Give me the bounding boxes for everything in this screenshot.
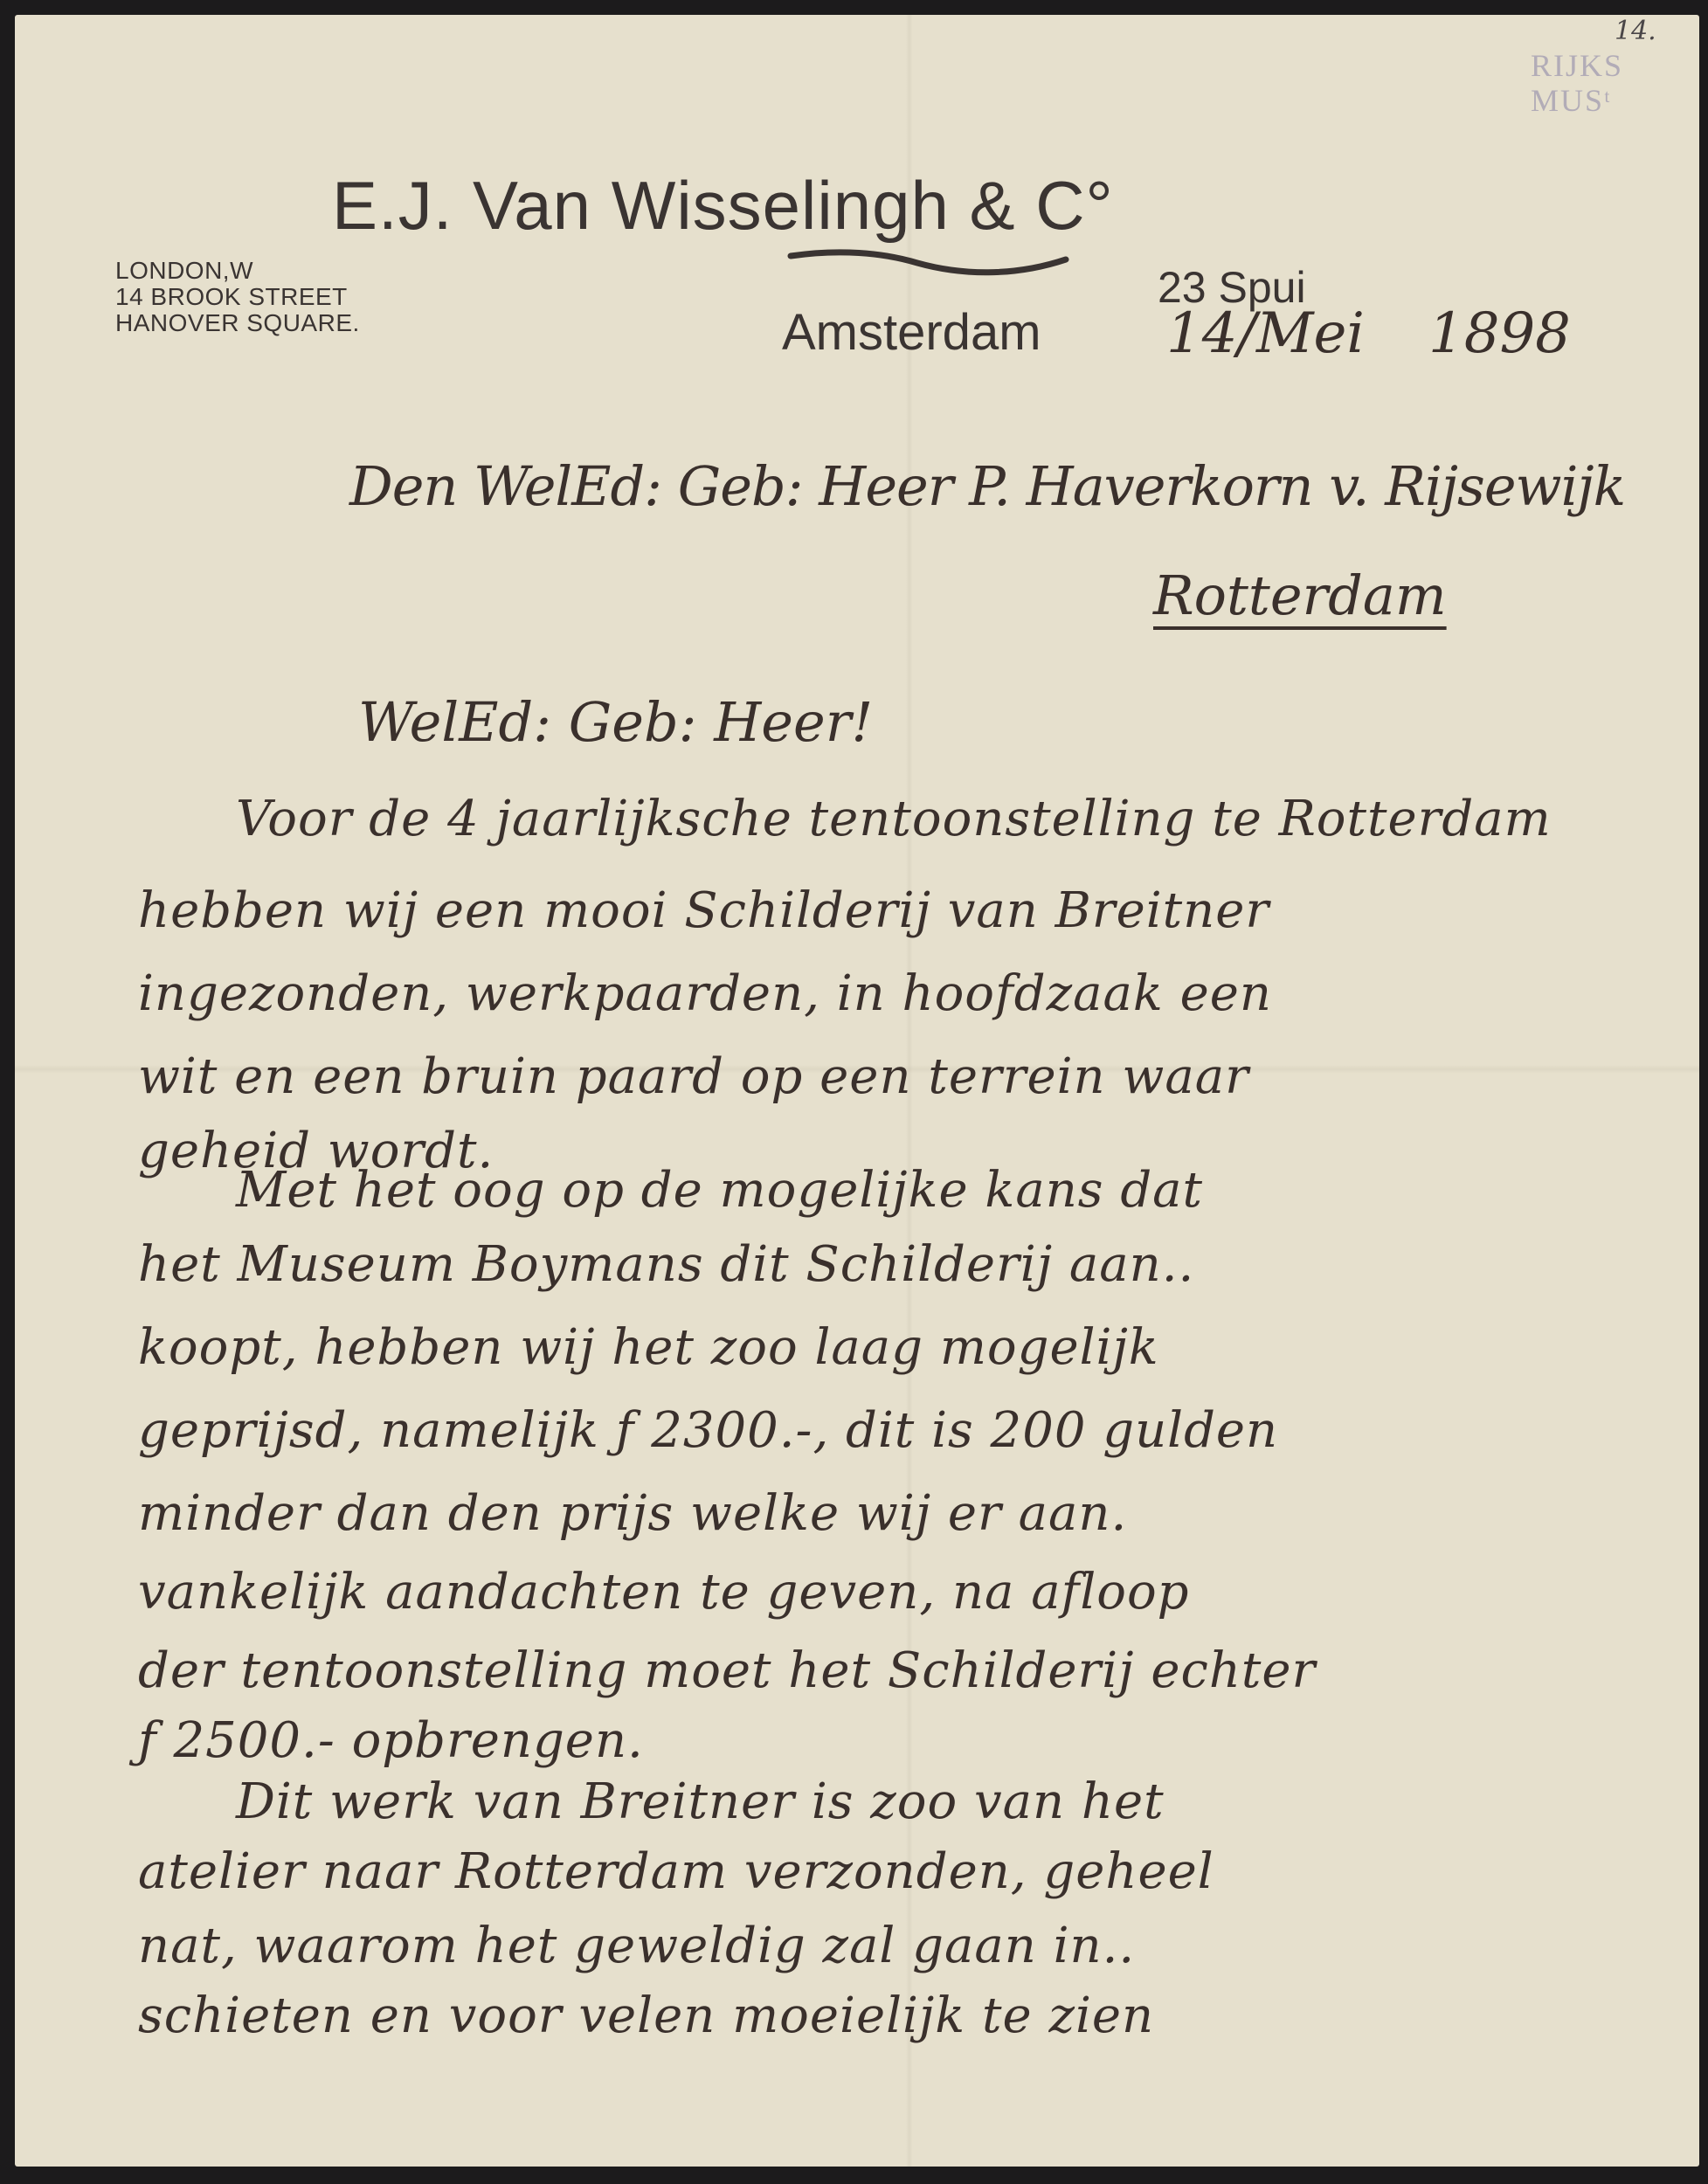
- body-line: Dit werk van Breitner is zoo van het: [236, 1773, 1165, 1830]
- letterhead-london-address: LONDON,W 14 BROOK STREET HANOVER SQUARE.: [115, 258, 360, 336]
- body-line: hebben wij een mooi Schilderij van Breit…: [138, 882, 1269, 939]
- letterhead-city: Amsterdam: [782, 303, 1041, 362]
- stamp-line: RIJKS: [1531, 48, 1623, 83]
- body-line: wit en een bruin paard op een terrein wa…: [138, 1048, 1249, 1105]
- body-line: vankelijk aandachten te geven, na afloop: [138, 1564, 1190, 1621]
- body-line: minder dan den prijs welke wij er aan.: [138, 1485, 1127, 1542]
- stamp-line: MUSᵗ: [1531, 83, 1623, 118]
- body-line: het Museum Boymans dit Schilderij aan..: [138, 1236, 1194, 1293]
- letter-date-day-month: 14/Mei: [1166, 301, 1365, 366]
- body-line: Voor de 4 jaarlijksche tentoonstelling t…: [236, 791, 1552, 847]
- london-address-line: LONDON,W: [115, 258, 360, 284]
- museum-stamp: RIJKS MUSᵗ: [1531, 48, 1623, 118]
- london-address-line: 14 BROOK STREET: [115, 284, 360, 310]
- archive-page-number: 14.: [1615, 16, 1656, 46]
- body-line: atelier naar Rotterdam verzonden, geheel: [138, 1843, 1214, 1900]
- body-line: der tentoonstelling moet het Schilderij …: [138, 1642, 1316, 1699]
- salutation: WelEd: Geb: Heer!: [358, 690, 873, 754]
- body-line: schieten en voor velen moeielijk te zien: [138, 1987, 1154, 2044]
- body-line: nat, waarom het geweldig zal gaan in..: [138, 1918, 1135, 1974]
- addressee-city: Rotterdam: [1153, 563, 1447, 627]
- letterhead-firm-name: E.J. Van Wisselingh & C°: [332, 166, 1114, 245]
- body-line: ƒ 2500.- opbrengen.: [138, 1712, 644, 1769]
- body-line: Met het oog op de mogelijke kans dat: [236, 1162, 1203, 1219]
- letterhead-swash-decoration: [786, 247, 1075, 277]
- addressee-name: Den WelEd: Geb: Heer P. Haverkorn v. Rij…: [349, 454, 1625, 518]
- letter-date-year: 1898: [1428, 301, 1571, 366]
- body-line: ingezonden, werkpaarden, in hoofdzaak ee…: [138, 965, 1272, 1022]
- body-line: geprijsd, namelijk ƒ 2300.-, dit is 200 …: [138, 1402, 1278, 1459]
- body-line: koopt, hebben wij het zoo laag mogelijk: [138, 1319, 1159, 1376]
- london-address-line: HANOVER SQUARE.: [115, 310, 360, 336]
